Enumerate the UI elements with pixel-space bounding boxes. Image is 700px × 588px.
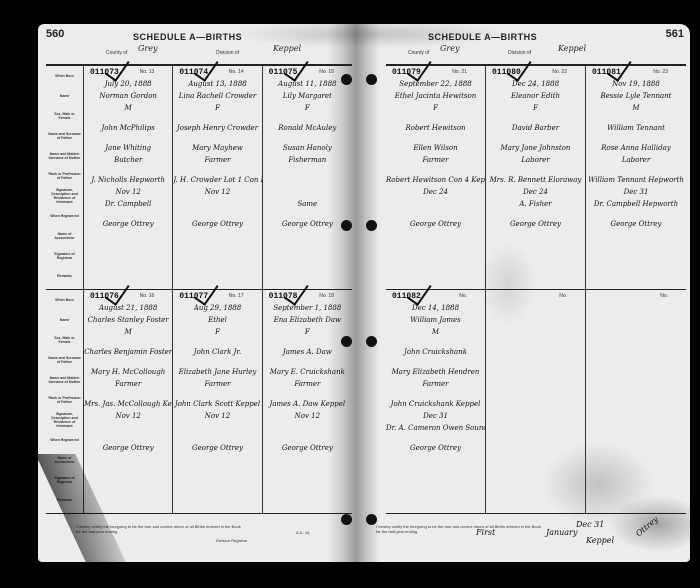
entry-number: No. [559,293,567,299]
entry-occupation: Farmer [173,156,261,164]
entry-mother: Mary E. Cruickshank [263,368,352,376]
registration-number: 011078 [269,292,298,301]
entry-mother: Jane Whiting [84,144,172,152]
entry-sex: M [386,328,485,336]
row-label: Name [46,86,83,106]
county-division-line: County of Grey Division of Keppel [98,44,338,58]
entry-name: Ethel [173,316,261,324]
entry-registered: Dec 31 [386,412,485,420]
birth-entry: No. [486,290,586,513]
entry-informant: J. Nicholls Hepworth [84,176,172,184]
entry-mother: Rose Anna Halliday [586,144,686,152]
certification-text: I hereby certify the foregoing to be the… [376,524,546,534]
entry-name: Eleanor Edith [486,92,585,100]
row-label: When Born [46,66,83,86]
row-label: Rank or Profession of Father [46,390,83,410]
registration-number: 011082 [392,292,421,301]
birth-entry: 011079No. 21September 22, 1888Ethel Jaci… [386,66,486,289]
entry-informant: John Clark Scott Keppel [173,400,261,408]
entry-informant: Robert Hewitson Con 4 Keppel [386,176,485,184]
entries-top: 011079No. 21September 22, 1888Ethel Jaci… [386,66,686,290]
entry-informant: James A. Daw Keppel [263,400,352,408]
county-value: Grey [440,44,459,53]
entry-number: No. 16 [140,293,155,299]
row-label: Name and Surname of Father [46,350,83,370]
entry-name: Ethel Jacinta Hewitson [386,92,485,100]
binding-hole [341,220,352,231]
entry-name: Charles Stanley Foster [84,316,172,324]
entry-sex: F [263,104,352,112]
entry-mother: Ellen Wilson [386,144,485,152]
entry-occupation: Butcher [84,156,172,164]
county-label: County of [408,50,429,56]
entry-number: No. 15 [319,69,334,75]
entry-date: Nov 19, 1888 [586,80,686,88]
entry-occupation: Farmer [84,380,172,388]
row-label: Name and Maiden Surname of Mother [46,370,83,390]
birth-entry: 011077No. 17Aug 29, 1888EthelFJohn Clark… [173,290,262,513]
entry-occupation: Farmer [386,380,485,388]
division-label: Division of [508,50,531,56]
left-page: 560 SCHEDULE A—BIRTHS County of Grey Div… [38,24,356,562]
birth-entry: 011073No. 13July 20, 1888Norman GordonMJ… [84,66,173,289]
entry-name: Norman Gordon [84,92,172,100]
entry-sex: M [586,104,686,112]
division-value: Keppel [273,44,301,53]
entry-father: Ronald McAuley [263,124,352,132]
registration-number: 011074 [179,68,208,77]
row-label: Rank or Profession of Father [46,166,83,186]
entry-father: William Tennant [586,124,686,132]
entry-informant: Mrs. Jas. McCollough Keppel [84,400,172,408]
registration-number: 011077 [179,292,208,301]
birth-entry: 011074No. 14August 13, 1888Lina Rachell … [173,66,262,289]
registration-number: 011076 [90,292,119,301]
entry-number: No. 14 [229,69,244,75]
row-label: Signature of Registrar [46,470,83,490]
entry-registered: Nov 12 [84,188,172,196]
row-label: Remarks [46,490,83,510]
entry-attendant: Dr. Campbell [84,200,172,208]
entry-registrar: George Ottrey [263,444,352,452]
row-labels: When BornNameSex, Male or FemaleName and… [46,290,84,513]
entry-sex: F [173,104,261,112]
entries-grid: 011079No. 21September 22, 1888Ethel Jaci… [386,64,686,514]
entry-number: No. [660,293,668,299]
entry-informant: J. H. Crowder Lot 1 Con Keppel [173,176,261,184]
birth-entry: 011076No. 16August 21, 1888Charles Stanl… [84,290,173,513]
entry-registrar: George Ottrey [586,220,686,228]
page-number: 560 [46,28,64,40]
row-label: When Born [46,290,83,310]
day-value: Dec 31 [576,520,604,529]
row-label: When Registered [46,430,83,450]
division-value: Keppel [558,44,586,53]
entry-mother: Mary Jane Johnston [486,144,585,152]
entry-number: No. 13 [140,69,155,75]
entry-occupation: Farmer [386,156,485,164]
entry-mother: Elizabeth Jane Hurley [173,368,261,376]
division-value: Keppel [586,536,614,545]
entries-bottom: When BornNameSex, Male or FemaleName and… [46,290,352,514]
month-value: January [546,528,577,537]
entry-number: No. 18 [319,293,334,299]
entry-mother: Susan Hanoly [263,144,352,152]
entry-attendant: Same [263,200,352,208]
schedule-title: SCHEDULE A—BIRTHS [133,32,242,42]
entry-name: Bessie Lyle Tennant [586,92,686,100]
entry-registrar: George Ottrey [386,444,485,452]
entry-name: Lina Rachell Crowder [173,92,261,100]
entry-number: No. [459,293,467,299]
entry-name: Lily Margaret [263,92,352,100]
entry-registered: Nov 12 [84,412,172,420]
entry-informant: William Tennant Hepworth [586,176,686,184]
entry-registered: Dec 24 [386,188,485,196]
county-label: County of [106,50,127,56]
entries-bottom: 011082No.Dec 14, 1888William JamesMJohn … [386,290,686,514]
entry-registered: Dec 24 [486,188,585,196]
entry-sex: M [84,104,172,112]
entry-registrar: George Ottrey [173,220,261,228]
entry-registrar: George Ottrey [173,444,261,452]
entry-sex: F [173,328,261,336]
entry-occupation: Laborer [586,156,686,164]
row-label: Name and Maiden Surname of Mother [46,146,83,166]
entry-occupation: Fisherman [263,156,352,164]
entry-date: August 13, 1888 [173,80,261,88]
row-label: Name and Surname of Father [46,126,83,146]
entry-number: No. 21 [452,69,467,75]
entry-number: No. 23 [653,69,668,75]
entry-informant: Mrs. R. Bennett Eloraway [486,176,585,184]
entry-date: Dec 14, 1888 [386,304,485,312]
registration-number: 011073 [90,68,119,77]
certification-footer: I hereby certify the foregoing to be the… [46,520,350,548]
certification-footer: I hereby certify the foregoing to be the… [376,520,684,548]
entry-father: John Cruickshank [386,348,485,356]
entry-date: Aug 29, 1888 [173,304,261,312]
entry-date: August 11, 1888 [263,80,352,88]
birth-entry: 011078No. 18September 1, 1888Ena Elizabe… [263,290,352,513]
entry-date: August 21, 1888 [84,304,172,312]
schedule-title: SCHEDULE A—BIRTHS [428,32,537,42]
entries-grid: When BornNameSex, Male or FemaleName and… [46,64,352,514]
registrar-label: Division Registrar [216,538,247,543]
entry-name: Ena Elizabeth Daw [263,316,352,324]
entry-date: September 22, 1888 [386,80,485,88]
registrar-signature: Ottrey [634,515,660,539]
entry-registrar: George Ottrey [84,220,172,228]
entry-father: Joseph Henry Crowder [173,124,261,132]
page-number: 561 [666,28,684,40]
row-label: Signature, Description and Residence of … [46,186,83,206]
entry-registered: Nov 12 [173,188,261,196]
entry-father: David Barber [486,124,585,132]
county-value: Grey [138,44,157,53]
entry-registered: Nov 12 [263,412,352,420]
row-label: Name of Accoucheur [46,450,83,470]
row-labels: When BornNameSex, Male or FemaleName and… [46,66,84,289]
row-label: Signature of Registrar [46,246,83,266]
entry-registrar: George Ottrey [84,444,172,452]
entry-father: Robert Hewitson [386,124,485,132]
entry-date: September 1, 1888 [263,304,352,312]
certification-text: I hereby certify the foregoing to be the… [76,524,246,534]
row-label: Sex, Male or Female [46,106,83,126]
birth-entry: 011081No. 23Nov 19, 1888Bessie Lyle Tenn… [586,66,686,289]
row-label: Signature, Description and Residence of … [46,410,83,430]
entry-number: No. 22 [552,69,567,75]
right-page: 561 SCHEDULE A—BIRTHS County of Grey Div… [368,24,690,562]
entry-father: John McPhilips [84,124,172,132]
entry-registrar: George Ottrey [263,220,352,228]
registration-number: 011081 [592,68,621,77]
registration-number: 011075 [269,68,298,77]
birth-entry: No. [586,290,686,513]
birth-entry: 011075No. 15August 11, 1888Lily Margaret… [263,66,352,289]
entry-informant: John Cruickshank Keppel [386,400,485,408]
entry-number: No. 17 [229,293,244,299]
row-label: Remarks [46,266,83,286]
binding-hole [341,336,352,347]
entry-sex: F [486,104,585,112]
register-scan: 560 SCHEDULE A—BIRTHS County of Grey Div… [38,24,690,562]
birth-entry: 011080No. 22Dec 24, 1888Eleanor EdithFDa… [486,66,586,289]
entry-name: William James [386,316,485,324]
entry-father: James A. Daw [263,348,352,356]
entry-father: Charles Benjamin Foster [84,348,172,356]
entry-mother: Mary Elizabeth Hendren [386,368,485,376]
registration-number: 011079 [392,68,421,77]
entry-sex: F [386,104,485,112]
entry-date: July 20, 1888 [84,80,172,88]
entry-occupation: Farmer [263,380,352,388]
entry-registrar: George Ottrey [386,220,485,228]
row-label: Name of Accoucheur [46,226,83,246]
birth-entry: 011082No.Dec 14, 1888William JamesMJohn … [386,290,486,513]
half-year-value: First [476,528,495,537]
entry-registered: Nov 12 [173,412,261,420]
row-label: Name [46,310,83,330]
ad-label: A.D. 18 [296,530,309,535]
row-label: When Registered [46,206,83,226]
entry-mother: Mary H. McCollough [84,368,172,376]
binding-hole [341,514,352,525]
entry-date: Dec 24, 1888 [486,80,585,88]
entry-mother: Mary Mayhew [173,144,261,152]
entry-registrar: George Ottrey [486,220,585,228]
entry-attendant: Dr. Campbell Hepworth [586,200,686,208]
entry-sex: F [263,328,352,336]
entry-father: John Clark Jr. [173,348,261,356]
division-label: Division of [216,50,239,56]
entry-occupation: Farmer [173,380,261,388]
entry-attendant: Dr. A. Cameron Owen Sound [386,424,485,432]
binding-hole [341,74,352,85]
entries-top: When BornNameSex, Male or FemaleName and… [46,66,352,290]
entry-registered: Dec 31 [586,188,686,196]
county-division-line: County of Grey Division of Keppel [428,44,668,58]
entry-sex: M [84,328,172,336]
entry-attendant: A. Fisher [486,200,585,208]
row-label: Sex, Male or Female [46,330,83,350]
registration-number: 011080 [492,68,521,77]
entry-occupation: Laborer [486,156,585,164]
